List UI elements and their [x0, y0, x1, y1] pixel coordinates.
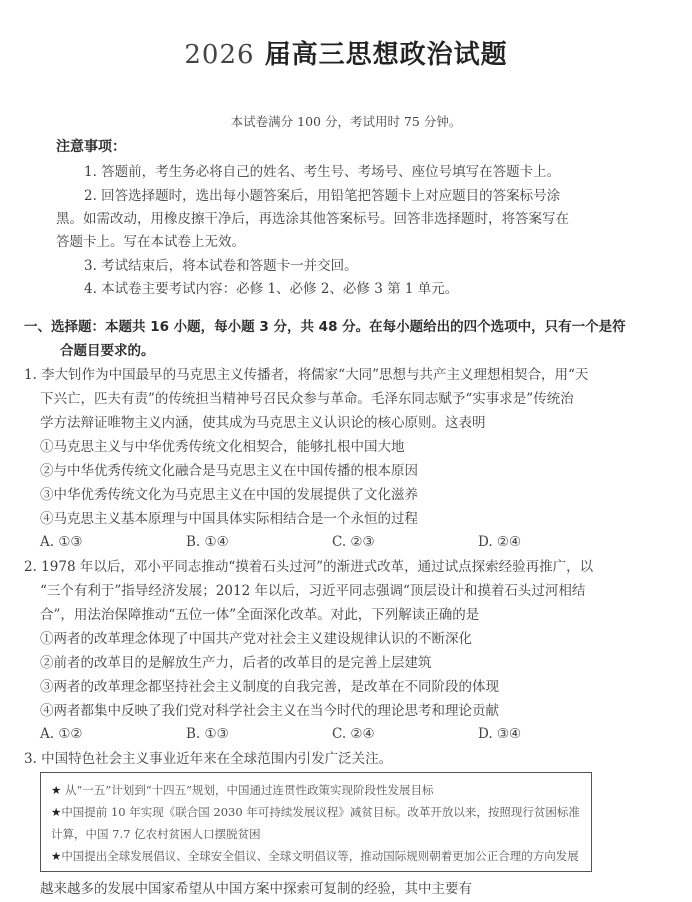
question-stem: 3. 中国特色社会主义事业近年来在全球范围内引发广泛关注。 [24, 750, 392, 768]
material-item-cont: 计算，中国 7.7 亿农村贫困人口摆脱贫困 [51, 825, 261, 843]
material-item: ★中国提出全球发展倡议、全球安全倡议、全球文明倡议等，推动国际规则朝着更加公正合… [51, 847, 579, 865]
section-heading: 一、选择题：本题共 16 小题，每小题 3 分，共 48 分。在每小题给出的四个… [24, 318, 626, 336]
statement: ①两者的改革理念体现了中国共产党对社会主义建设规律认识的不断深化 [40, 630, 472, 648]
option-b[interactable]: B. ①③ [186, 726, 229, 742]
statement: ②与中华优秀传统文化融合是马克思主义在中国传播的根本原因 [40, 462, 418, 480]
question-tail: 越来越多的发展中国家希望从中国方案中探索可复制的经验，其中主要有 [40, 880, 472, 898]
material-item: ★ 从“一五”计划到“十四五”规划，中国通过连贯性政策实现阶段性发展目标 [51, 781, 433, 799]
question-stem: 1. 李大钊作为中国最早的马克思主义传播者，将儒家“大同”思想与共产主义理想相契… [24, 366, 588, 384]
statement: ④马克思主义基本原理与中国具体实际相结合是一个永恒的过程 [40, 510, 418, 528]
question-stem: 合”，用法治保障推动“五位一体”全面深化改革。对此，下列解读正确的是 [40, 606, 479, 624]
notice-item: 1. 答题前，考生务必将自己的姓名、考生号、考场号、座位号填写在答题卡上。 [84, 163, 560, 181]
notice-item: 黑。如需改动，用橡皮擦干净后，再选涂其他答案标号。回答非选择题时，将答案写在 [56, 210, 569, 228]
notice-item: 答题卡上。写在本试卷上无效。 [56, 233, 245, 251]
option-c[interactable]: C. ②③ [332, 534, 375, 550]
question-stem: “三个有利于”指导经济发展；2012 年以后，习近平同志强调“顶层设计和摸着石头… [40, 582, 585, 600]
exam-subtitle: 本试卷满分 100 分，考试用时 75 分钟。 [0, 112, 692, 130]
option-b[interactable]: B. ①④ [186, 534, 229, 550]
star-icon: ★ [51, 849, 61, 863]
notice-heading: 注意事项： [56, 138, 126, 156]
statement: ③两者的改革理念都坚持社会主义制度的自我完善，是改革在不同阶段的体现 [40, 678, 499, 696]
statement: ④两者都集中反映了我们党对科学社会主义在当今时代的理论思考和理论贡献 [40, 702, 499, 720]
title-text: 届高三思想政治试题 [255, 40, 508, 70]
notice-item: 3. 考试结束后，将本试卷和答题卡一并交回。 [84, 257, 358, 275]
exam-title: 2026 届高三思想政治试题 [0, 34, 692, 71]
answer-options: A. ①③ B. ①④ C. ②③ D. ②④ [40, 534, 600, 552]
material-box: ★ 从“一五”计划到“十四五”规划，中国通过连贯性政策实现阶段性发展目标 ★中国… [40, 772, 592, 872]
section-heading-cont: 合题目要求的。 [60, 342, 155, 360]
option-a[interactable]: A. ①③ [40, 534, 83, 550]
statement: ③中华优秀传统文化为马克思主义在中国的发展提供了文化滋养 [40, 486, 418, 504]
option-c[interactable]: C. ②④ [332, 726, 375, 742]
option-a[interactable]: A. ①② [40, 726, 83, 742]
option-d[interactable]: D. ③④ [478, 726, 521, 742]
question-stem: 2. 1978 年以后，邓小平同志推动“摸着石头过河”的渐进式改革，通过试点探索… [24, 558, 593, 576]
exam-page: 2026 届高三思想政治试题 本试卷满分 100 分，考试用时 75 分钟。 注… [0, 0, 692, 902]
star-icon: ★ [51, 783, 61, 797]
notice-item: 4. 本试卷主要考试内容：必修 1、必修 2、必修 3 第 1 单元。 [84, 280, 458, 298]
statement: ①马克思主义与中华优秀传统文化相契合，能够扎根中国大地 [40, 438, 405, 456]
statement: ②前者的改革目的是解放生产力，后者的改革目的是完善上层建筑 [40, 654, 432, 672]
star-icon: ★ [51, 805, 61, 819]
material-item: ★中国提前 10 年实现《联合国 2030 年可持续发展议程》减贫目标。改革开放… [51, 803, 580, 821]
question-stem: 下兴亡，匹夫有责”的传统担当精神号召民众参与革命。毛泽东同志赋予“实事求是”传统… [40, 390, 574, 408]
option-d[interactable]: D. ②④ [478, 534, 521, 550]
question-stem: 学方法辩证唯物主义内涵，使其成为马克思主义认识论的核心原则。这表明 [40, 414, 486, 432]
title-year: 2026 [184, 40, 254, 70]
notice-item: 2. 回答选择题时，选出每小题答案后，用铅笔把答题卡上对应题目的答案标号涂 [84, 187, 560, 205]
answer-options: A. ①② B. ①③ C. ②④ D. ③④ [40, 726, 600, 744]
